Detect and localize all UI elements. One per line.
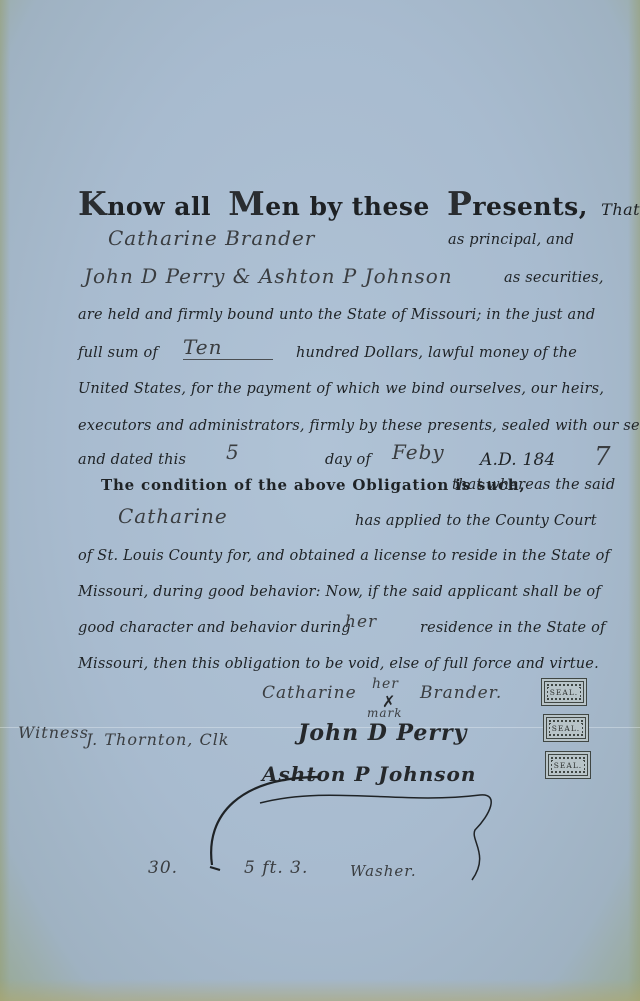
date-prefix: and dated this (78, 452, 186, 468)
good-character-prefix: good character and behavior during (78, 620, 351, 636)
principal-signature-first: Catharine (262, 683, 357, 703)
condition-line-1: of St. Louis County for, and obtained a … (78, 548, 610, 564)
seal-2-label: SEAL. (550, 724, 582, 733)
paper-edge-left (0, 0, 10, 1001)
description-complexion: Washer. (350, 862, 417, 880)
date-year-suffix-handwritten: 7 (594, 442, 612, 472)
seal-1-label: SEAL. (548, 688, 580, 697)
seal-1: SEAL. (541, 678, 587, 706)
heading-initial-p: P (447, 184, 472, 223)
date-day-of: day of (325, 452, 371, 468)
seal-3: SEAL. (545, 751, 591, 779)
paper-edge-right (628, 0, 640, 1001)
securities-label: as securities, (504, 270, 604, 286)
date-day-handwritten: 5 (226, 440, 240, 464)
witness-name-handwritten: J. Thornton, Clk (86, 730, 230, 749)
good-character-suffix: residence in the State of (420, 620, 606, 636)
date-ad-year: A.D. 184 (480, 450, 556, 470)
document-heading: Know all Men by these Presents, That We. (78, 184, 640, 223)
heading-initial-k: K (78, 184, 107, 223)
body-line-1: are held and firmly bound unto the State… (78, 307, 595, 323)
security-signature-perry: John D Perry (298, 720, 467, 746)
body-line-4: executors and administrators, firmly by … (78, 418, 640, 434)
condition-whereas: that whereas the said (452, 477, 615, 493)
principal-name-handwritten: Catharine Brander (108, 226, 315, 250)
heading-word-1: now all (107, 192, 211, 221)
principal-signature-mark: mark (367, 706, 403, 720)
seal-3-label: SEAL. (552, 761, 584, 770)
condition-line-2: Missouri, during good behavior: Now, if … (78, 584, 601, 600)
heading-word-2: en by these (265, 192, 430, 221)
heading-word-3: resents, (472, 192, 588, 221)
date-month-handwritten: Feby (392, 440, 445, 464)
securities-names-handwritten: John D Perry & Ashton P Johnson (84, 264, 453, 288)
sum-amount-handwritten: Ten (183, 335, 273, 360)
body-line-3: United States, for the payment of which … (78, 381, 604, 397)
heading-initial-m: M (228, 184, 265, 223)
seal-2: SEAL. (543, 714, 589, 742)
description-age: 30. (148, 858, 178, 878)
heading-that-we: That We. (601, 200, 640, 219)
applicant-name-handwritten: Catharine (118, 504, 228, 528)
witness-label-handwritten: Witness (18, 723, 89, 742)
paper-edge-bottom (0, 979, 640, 1001)
condition-final-line: Missouri, then this obligation to be voi… (78, 656, 599, 672)
condition-applied: has applied to the County Court (355, 513, 597, 529)
sum-prefix: full sum of (78, 345, 158, 361)
principal-label: as principal, and (448, 232, 574, 248)
principal-signature-her: her (372, 676, 399, 692)
pronoun-handwritten: her (345, 612, 377, 632)
principal-signature-last: Brander. (420, 683, 502, 703)
body-line-2: hundred Dollars, lawful money of the (296, 345, 577, 361)
description-height: 5 ft. 3. (244, 858, 308, 878)
